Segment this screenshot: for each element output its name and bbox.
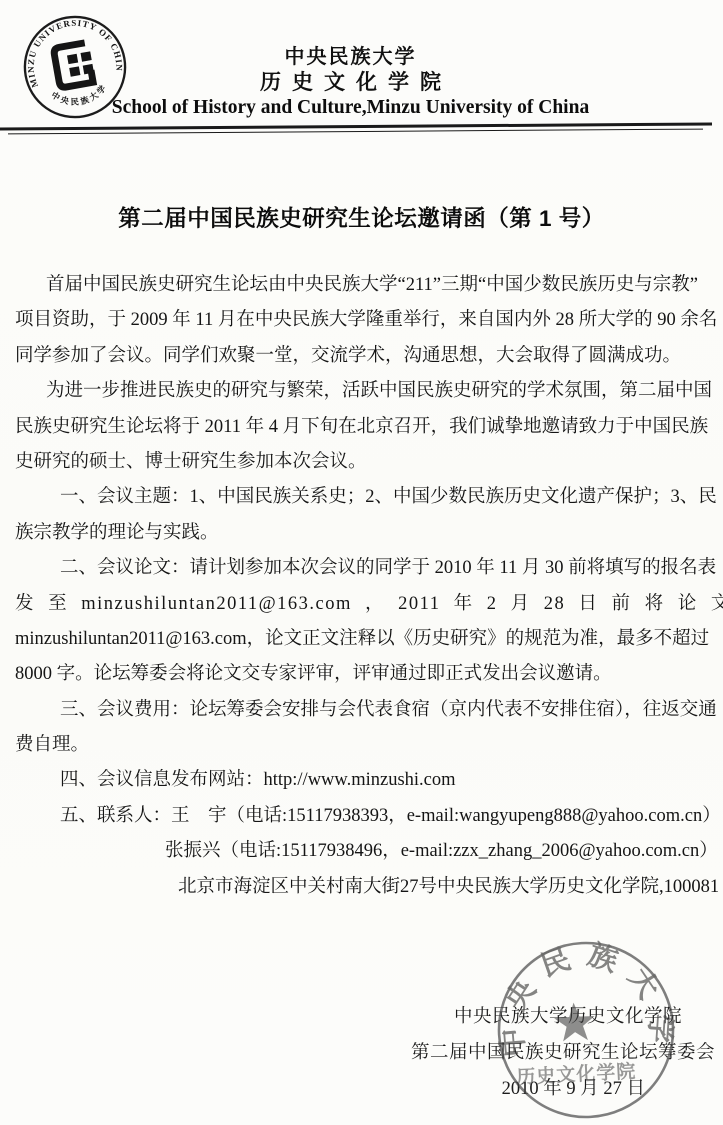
letter-line: 一、会议主题：1、中国民族关系史；2、中国少数民族历史文化遗产保护；3、民 (0, 480, 723, 515)
letter-line: 民族史研究生论坛将于 2011 年 4 月下旬在北京召开，我们诚挚地邀请致力于中… (0, 410, 723, 445)
letter-line: 张振兴（电话:15117938496，e-mail:zzx_zhang_2006… (0, 834, 723, 869)
school-name-cn: 历史文化学院 (0, 69, 701, 96)
school-name-en: School of History and Culture,Minzu Univ… (0, 96, 701, 120)
svg-text:中央民族大学: 中央民族大学 (491, 933, 680, 1066)
university-name-cn: 中央民族大学 (0, 46, 701, 69)
seal-bottom-text: 历史文化学院 (516, 1059, 637, 1088)
letter-line: 史研究的硕士、博士研究生参加本次会议。 (0, 445, 723, 480)
letter-line: 三、会议费用：论坛筹委会安排与会代表食宿（京内代表不安排住宿），往返交通 (0, 693, 723, 728)
letter-line: 为进一步推进民族史的研究与繁荣，活跃中国民族史研究的学术氛围，第二届中国 (0, 374, 723, 409)
letter-line: 8000 字。论坛筹委会将论文交专家评审，评审通过即正式发出会议邀请。 (0, 657, 723, 692)
document-title: 第二届中国民族史研究生论坛邀请函（第 1 号） (0, 201, 723, 233)
letter-line: minzushiluntan2011@163.com，论文正文注释以《历史研究》… (0, 622, 723, 657)
letter-line: 北京市海淀区中关村南大街27号中央民族大学历史文化学院,100081 (0, 870, 723, 905)
seal-star-icon (553, 1002, 595, 1042)
scanned-invitation-letter: MINZU UNIVERSITY OF CHINA 中央民族大学 中央民族大学 … (0, 0, 723, 1125)
letter-line: 五、联系人：王 宇（电话:15117938393，e-mail:wangyupe… (0, 799, 723, 834)
letterhead: 中央民族大学 历史文化学院 School of History and Cult… (0, 46, 723, 120)
letter-line: 二、会议论文：请计划参加本次会议的同学于 2010 年 11 月 30 前将填写… (0, 551, 723, 586)
letter-line: 项目资助，于 2009 年 11 月在中央民族大学隆重举行，来自国内外 28 所… (0, 303, 723, 338)
letter-line: 首届中国民族史研究生论坛由中央民族大学“211”三期“中国少数民族历史与宗教” (0, 268, 723, 303)
letter-line: 同学参加了会议。同学们欢聚一堂，交流学术，沟通思想，大会取得了圆满成功。 (0, 339, 723, 374)
letter-line: 族宗教学的理论与实践。 (0, 516, 723, 551)
letter-line: 发 至 minzushiluntan2011@163.com ， 2011 年 … (0, 587, 723, 622)
letter-line: 四、会议信息发布网站：http://www.minzushi.com (0, 763, 723, 798)
letter-line: 费自理。 (0, 728, 723, 763)
seal-ring-text: 中央民族大学 (491, 933, 680, 1066)
letter-body: 首届中国民族史研究生论坛由中央民族大学“211”三期“中国少数民族历史与宗教”项… (0, 268, 723, 905)
official-seal-stamp: 中央民族大学 历史文化学院 (486, 930, 686, 1125)
